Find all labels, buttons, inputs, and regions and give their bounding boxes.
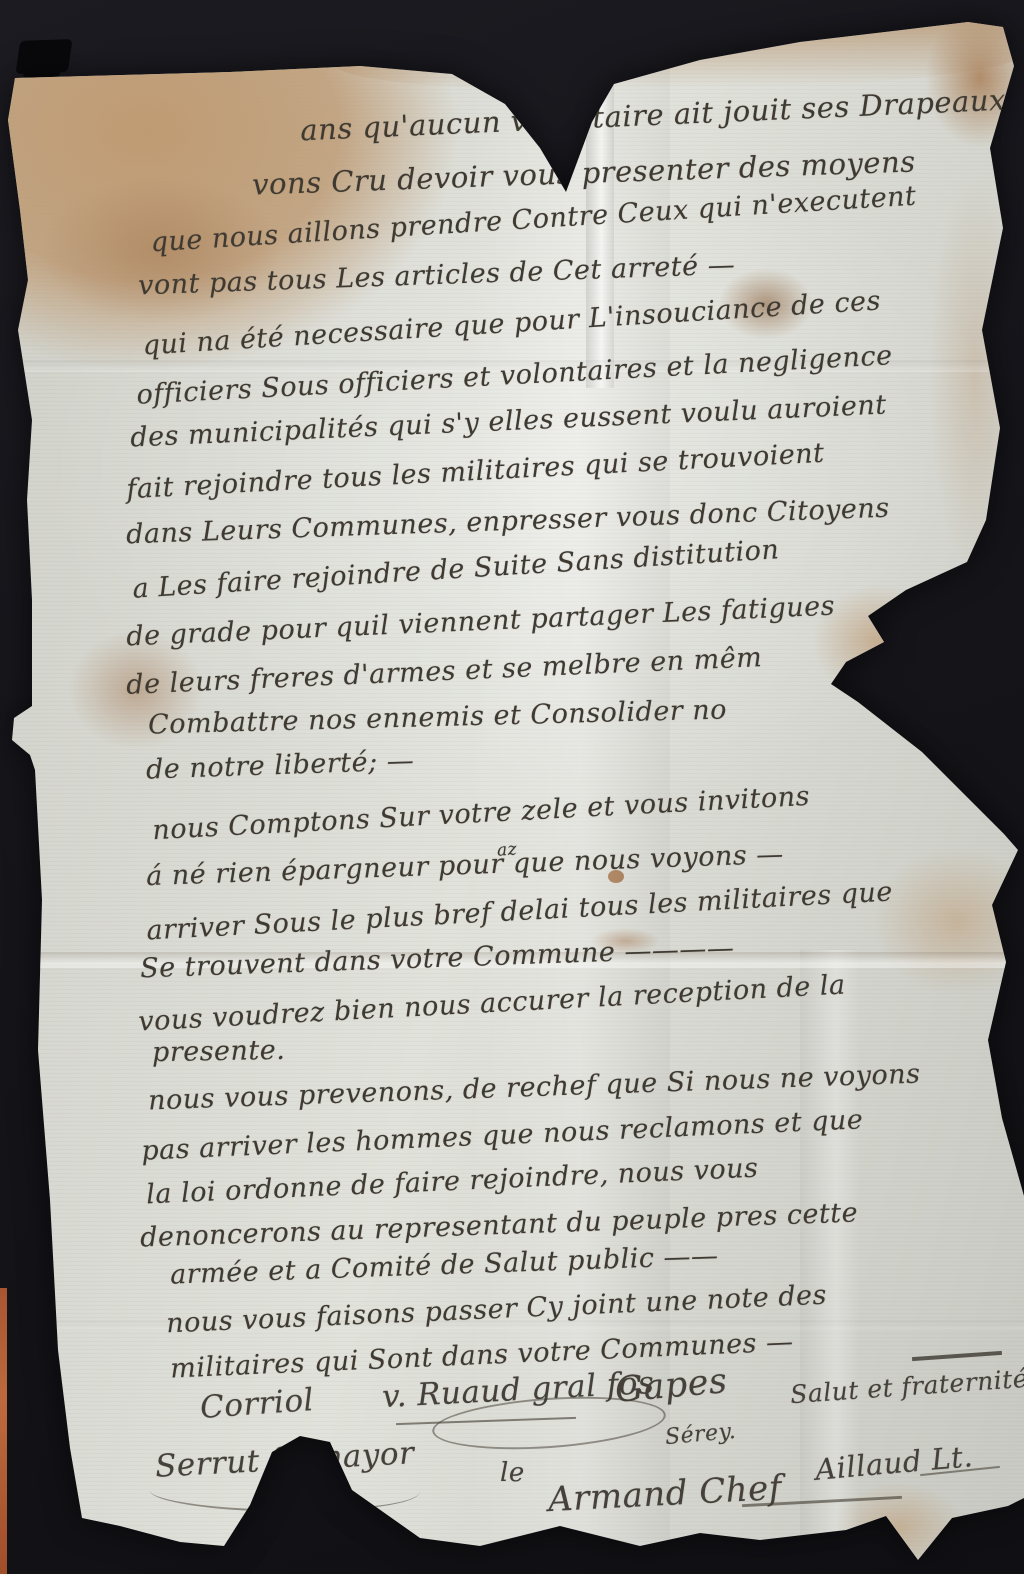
signature-gapes: Gapes	[613, 1361, 728, 1411]
interline-correction: az	[496, 839, 517, 860]
letter-line: ans qu'aucun volontaire ait jouit ses Dr…	[300, 83, 1007, 148]
stain-tear-lower	[872, 846, 1024, 996]
letter-line: de notre liberté; —	[146, 745, 415, 785]
letter-line: nous Comptons Sur votre zele et vous inv…	[152, 781, 811, 846]
signature-le: le	[500, 1458, 525, 1488]
signature-armand: Armand Chef	[547, 1468, 783, 1520]
stain-right-fold	[930, 180, 1020, 570]
letter-line: á né rien épargneur pour que nous voyons…	[146, 839, 785, 892]
paper-wrap: ans qu'aucun volontaire ait jouit ses Dr…	[0, 0, 1024, 1574]
signature-corriol: Corriol	[199, 1382, 315, 1426]
flourish-heavy-dash	[912, 1351, 1002, 1361]
signature-aillaud: Aillaud Lt.	[814, 1439, 975, 1487]
letter-line: Combattre nos ennemis et Consolider no	[148, 694, 728, 740]
manuscript-paper: ans qu'aucun volontaire ait jouit ses Dr…	[0, 0, 1024, 1574]
closing-salutation: Salut et fraternité	[789, 1364, 1024, 1410]
letter-line: vont pas tous Les articles de Cet arreté…	[138, 250, 736, 302]
stain-top-right	[925, 8, 1024, 148]
letter-line: presente.	[152, 1035, 286, 1068]
flourish-dash	[396, 1417, 576, 1425]
letter-photo: ans qu'aucun volontaire ait jouit ses Dr…	[0, 0, 1024, 1574]
stain-top-edge	[334, 8, 1024, 94]
signature-serey: Sérey.	[664, 1419, 737, 1450]
stain-bottom-tear	[834, 1482, 964, 1572]
signature-serrut: Serrut fl. mayor	[154, 1435, 415, 1485]
letter-line: de leurs freres d'armes et se melbre en …	[126, 642, 763, 701]
